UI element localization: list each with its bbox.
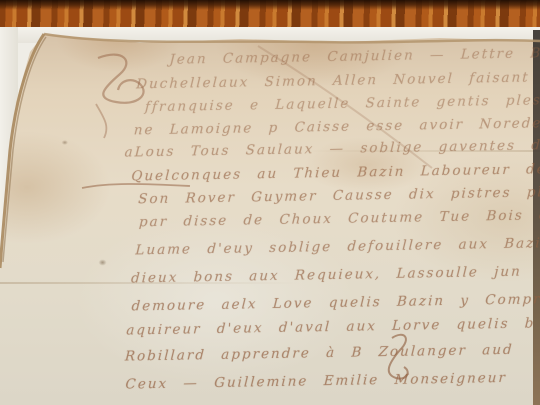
manuscript-line: Jean Campagne Camjulien — Lettre Baron —… bbox=[169, 43, 540, 67]
manuscript-line: ffranquise e Laquelle Sainte gentis ples… bbox=[145, 91, 540, 115]
manuscript-line: Robillard apprendre à B Zoulanger aud bbox=[125, 342, 515, 365]
manuscript-line: aLous Tous Saulaux — soblige gaventes d.… bbox=[124, 135, 540, 160]
manuscript-line: dieux bons aux Requieux, Lassoulle jun bbox=[131, 264, 523, 287]
manuscript-line: Duchellelaux Simon Allen Nouvel faisant … bbox=[136, 68, 540, 92]
manuscript-line: par disse de Choux Coutume Tue Bois de l bbox=[139, 207, 540, 231]
photo-of-manuscript: Jean Campagne Camjulien — Lettre Baron —… bbox=[0, 0, 540, 405]
manuscript-line: ne Lamoigne p Caisse esse avoir Norede C… bbox=[133, 113, 540, 138]
manuscript-line: Quelconques au Thieu Bazin Laboureur dem… bbox=[131, 160, 540, 184]
manuscript-line: Luame d'euy soblige defouillere aux Bazi… bbox=[135, 235, 540, 258]
manuscript-line: demoure aelx Love quelis Bazin y Compris bbox=[131, 291, 540, 314]
manuscript-line: Son Rover Guymer Causse dix pistres pl bbox=[138, 184, 540, 207]
manuscript-line: aquireur d'eux d'aval aux Lorve quelis b bbox=[126, 315, 536, 338]
manuscript-text: Jean Campagne Camjulien — Lettre Baron —… bbox=[0, 0, 540, 405]
manuscript-line: Ceux — Guillemine Emilie Monseigneur bbox=[125, 370, 507, 393]
